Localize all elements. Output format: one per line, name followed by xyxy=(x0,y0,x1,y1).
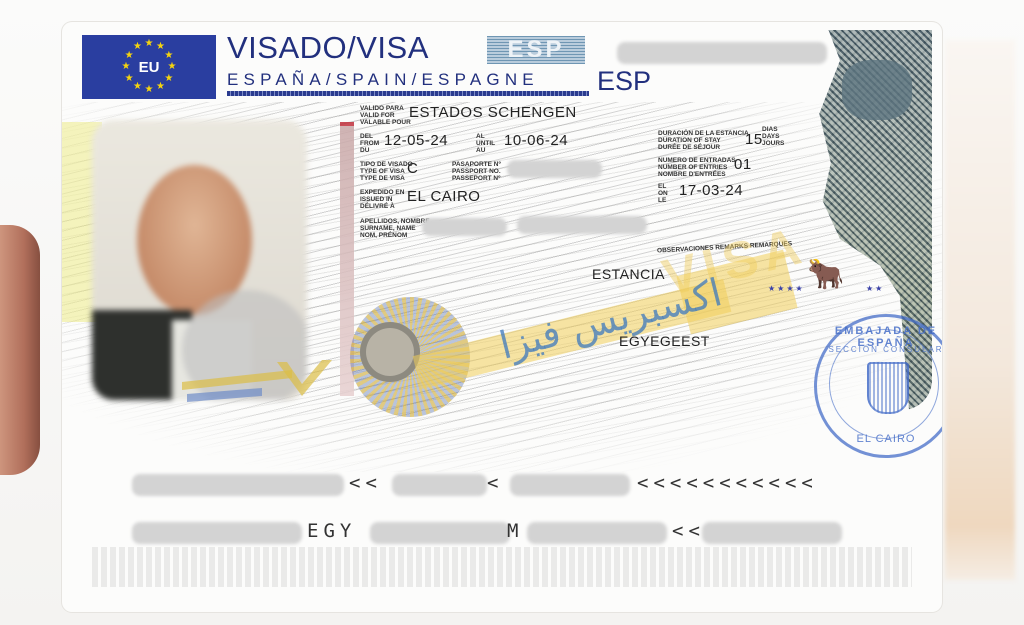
redacted-visa-number xyxy=(617,42,827,64)
photo-background: EU ★★★★★★★★★★★★ VISADO/VISA ESP ESPAÑA/S… xyxy=(0,0,1024,625)
visa-sticker: EU ★★★★★★★★★★★★ VISADO/VISA ESP ESPAÑA/S… xyxy=(62,22,942,612)
mrz-redacted-1 xyxy=(132,474,344,496)
field-issued-in: EL CAIRO xyxy=(407,188,480,205)
mrz-line1-sep2: < xyxy=(487,472,503,494)
bull-emblem-icon: 🐂 xyxy=(807,260,865,290)
label-type-of-visa: TIPO DE VISADOTYPE OF VISATYPE DE VISA xyxy=(360,161,413,182)
stamp-bottom-text: EL CAIRO xyxy=(817,433,942,445)
seal-center xyxy=(360,322,420,382)
eu-star-icon: ★ xyxy=(156,82,166,92)
hologram-window xyxy=(842,60,912,120)
mrz-redacted-7 xyxy=(702,522,842,544)
esp-badge: ESP xyxy=(487,36,585,64)
label-passport-no: PASAPORTE NºPASSPORT No.PASSEPORT Nº xyxy=(452,161,501,182)
remarks-line-2: EGYEGEEST xyxy=(619,333,710,349)
eu-star-icon: ★ xyxy=(133,42,143,52)
watermark-logo-icon xyxy=(182,352,342,402)
eu-star-icon: ★ xyxy=(144,39,154,49)
mrz-redacted-6 xyxy=(527,522,667,544)
mrz-line2-sep: << xyxy=(672,520,705,542)
field-duration: 15 xyxy=(745,131,763,148)
label-until: ALUNTILAU xyxy=(476,133,495,154)
label-issued-in: EXPEDIDO ENISSUED INDÉLIVRÉ À xyxy=(360,189,404,210)
visa-subtitle: ESPAÑA/SPAIN/ESPAGNE xyxy=(227,70,539,90)
mrz-redacted-5 xyxy=(370,522,510,544)
emblem-stars-left: ★★★★ xyxy=(768,284,805,293)
mrz-redacted-3 xyxy=(510,474,630,496)
embassy-stamp: EMBAJADA DE ESPAÑA SECCIÓN CONSULAR EL C… xyxy=(814,314,942,458)
label-name: APELLIDOS, NOMBRESURNAME, NAMENOM, PRÉNO… xyxy=(360,218,430,239)
eu-star-icon: ★ xyxy=(167,62,177,72)
eu-star-icon: ★ xyxy=(121,62,131,72)
eu-star-icon: ★ xyxy=(124,74,134,84)
emblem-stars-right: ★★ xyxy=(866,284,884,293)
redacted-given-name xyxy=(517,216,647,234)
label-valid-for: VALIDO PARAVALID FORVALABLE POUR xyxy=(360,105,411,126)
mrz-redacted-2 xyxy=(392,474,487,496)
mrz-nationality: EGY xyxy=(307,520,356,542)
eu-stars-ring: EU ★★★★★★★★★★★★ xyxy=(121,39,177,95)
field-until: 10-06-24 xyxy=(504,132,568,149)
field-type-of-visa: C xyxy=(407,160,418,177)
label-issue-date: ELONLE xyxy=(658,183,668,204)
eu-star-icon: ★ xyxy=(164,51,174,61)
label-from: DELFROMDU xyxy=(360,133,379,154)
field-from: 12-05-24 xyxy=(384,132,448,149)
stamp-middle-text: SECCIÓN CONSULAR xyxy=(817,345,942,354)
coat-of-arms-icon xyxy=(867,362,909,414)
label-duration-unit: DIASDAYSJOURS xyxy=(762,126,784,147)
microprint-line xyxy=(227,91,589,96)
label-entries: NUMERO DE ENTRADASNUMBER OF ENTRIESNOMBR… xyxy=(658,157,736,178)
passport-cover-edge xyxy=(0,225,40,475)
eu-star-icon: ★ xyxy=(144,85,154,95)
mrz-line1-filler: <<<<<<<<<<< xyxy=(637,472,818,494)
field-valid-for: ESTADOS SCHENGEN xyxy=(409,104,577,121)
passport-page-edge xyxy=(945,40,1015,580)
label-duration: DURACIÓN DE LA ESTANCIADURATION OF STAYD… xyxy=(658,130,749,151)
mrz-line1-sep1: << xyxy=(349,472,382,494)
field-entries: 01 xyxy=(734,156,752,173)
mrz-redacted-4 xyxy=(132,522,302,544)
visa-title: VISADO/VISA xyxy=(227,30,429,66)
redacted-surname xyxy=(422,218,507,236)
country-code: ESP xyxy=(597,66,651,97)
redacted-passport-number xyxy=(507,160,602,178)
mrz-background xyxy=(92,547,912,587)
eu-flag-icon: EU ★★★★★★★★★★★★ xyxy=(82,35,216,99)
remarks-line-1: ESTANCIA xyxy=(592,266,665,282)
mrz-sex: M xyxy=(507,520,523,542)
field-issue-date: 17-03-24 xyxy=(679,182,743,199)
